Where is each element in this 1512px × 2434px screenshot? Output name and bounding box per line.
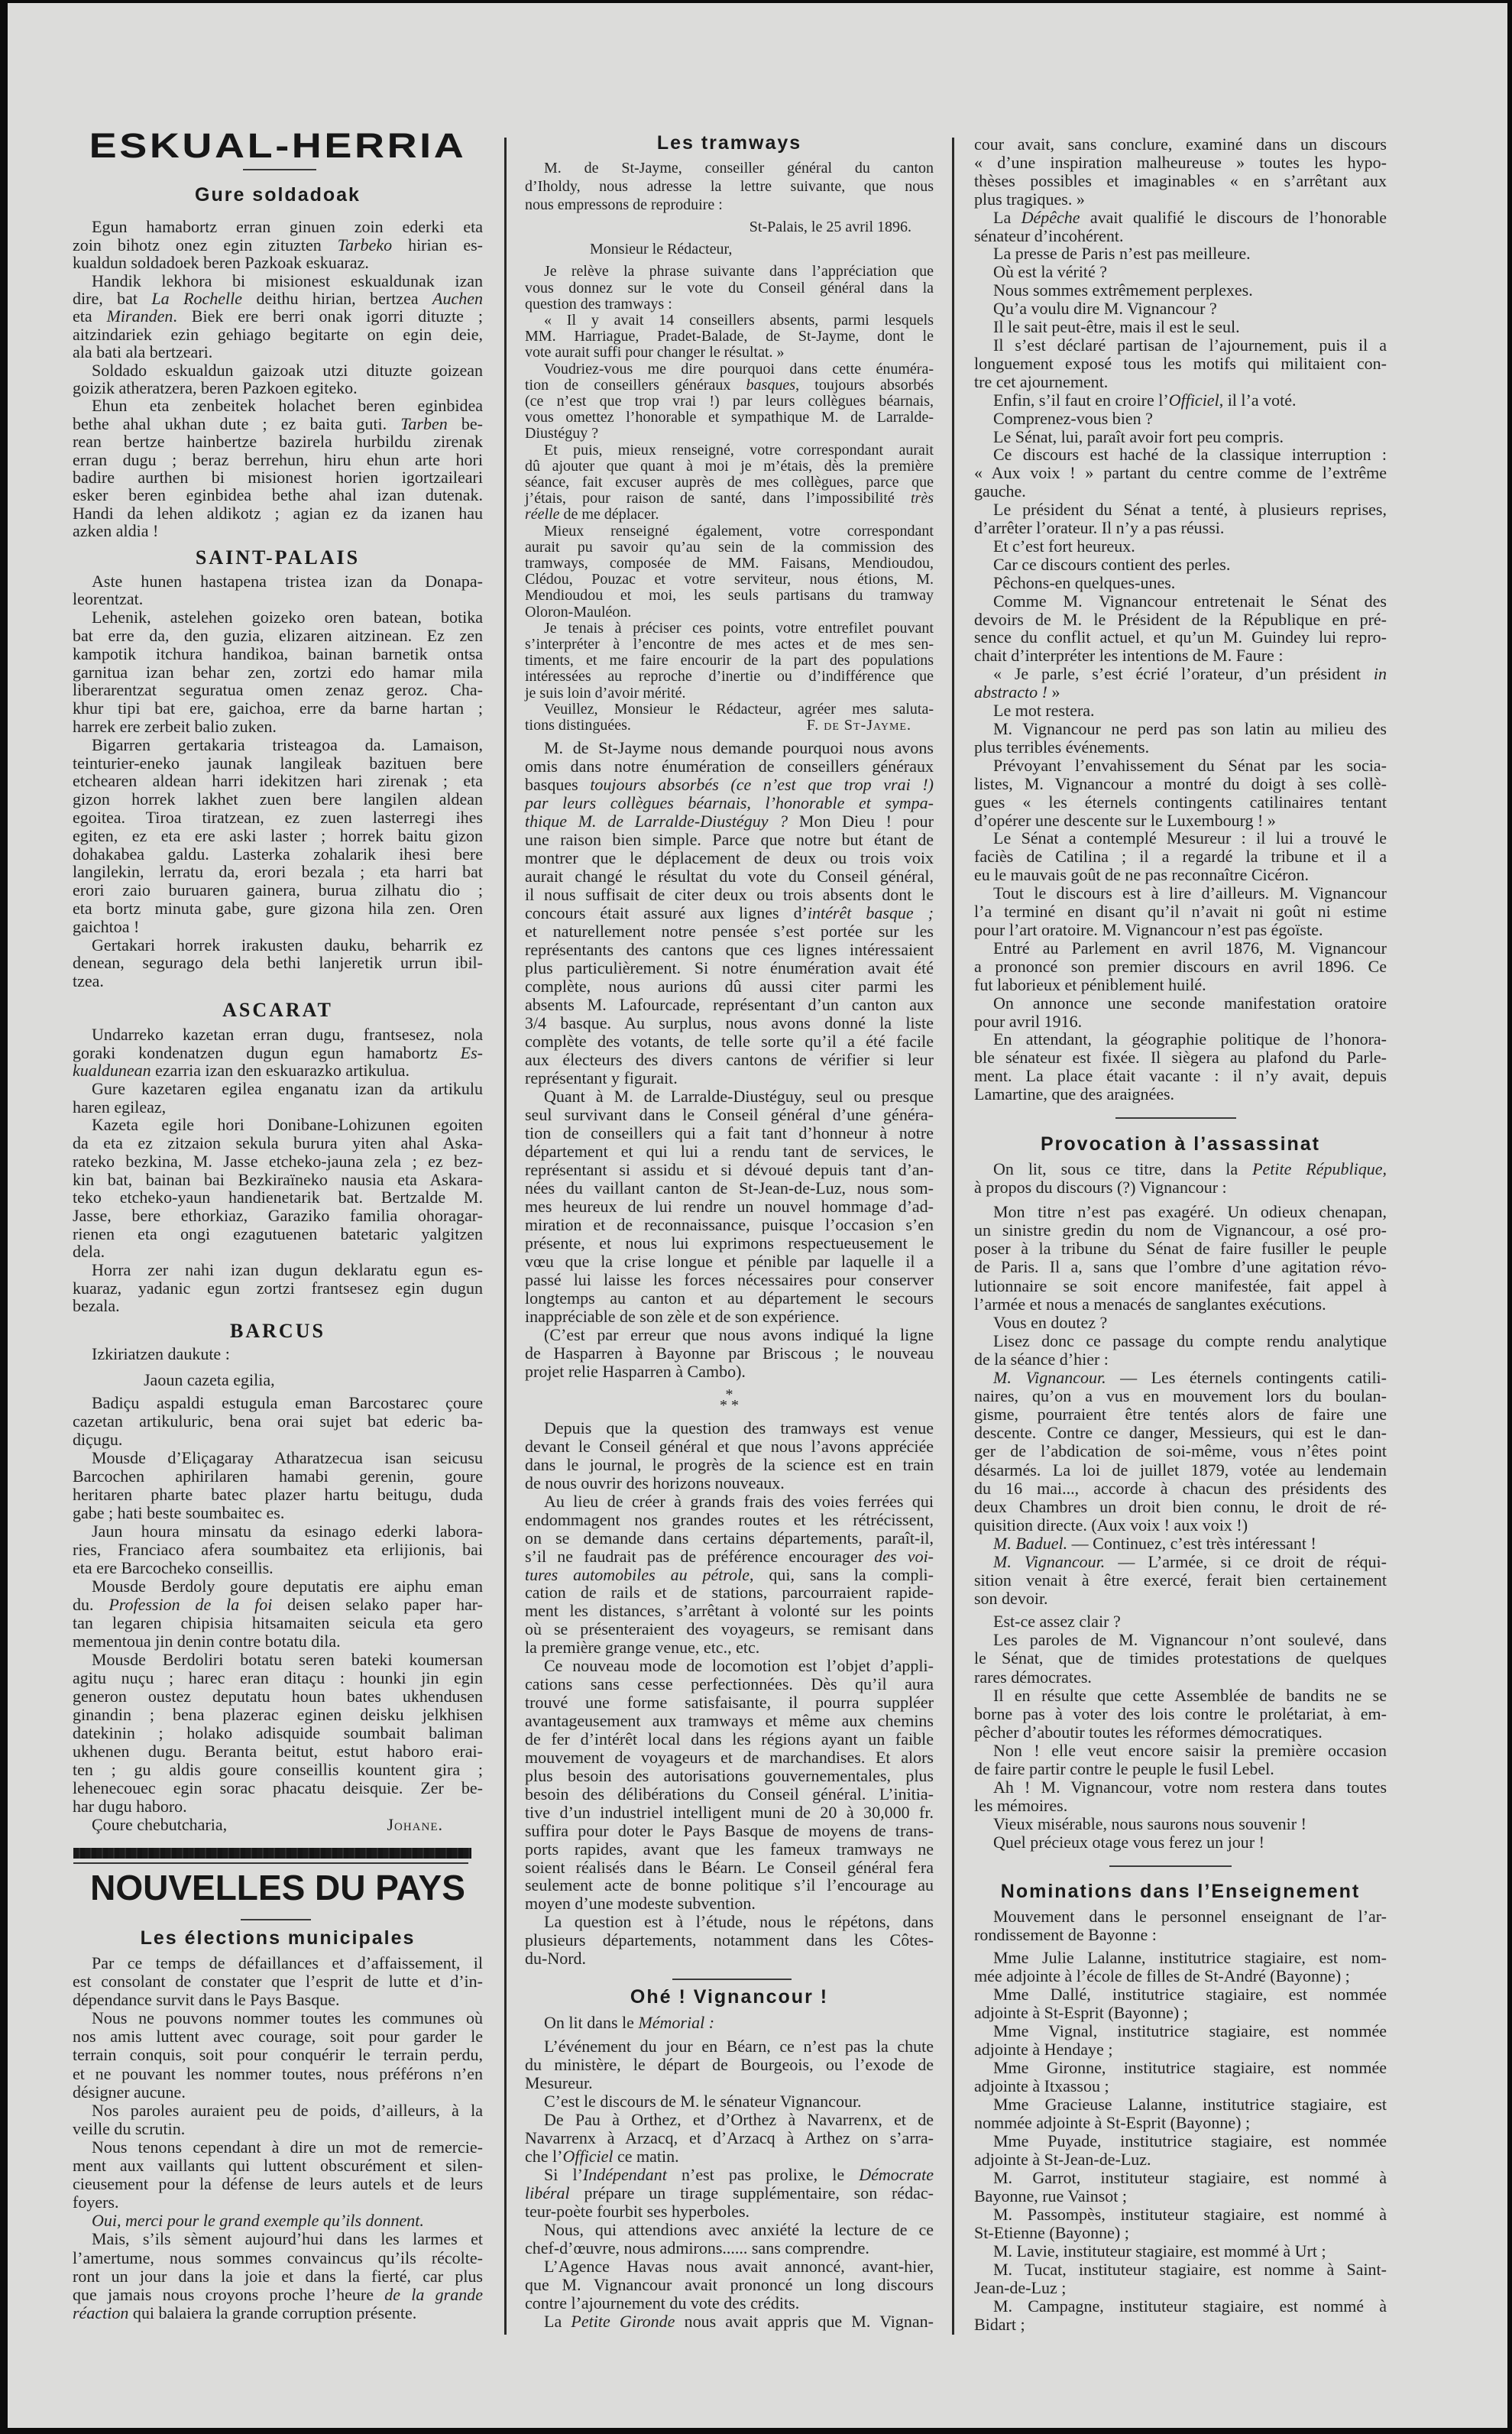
- line-text: St-Etienne (Bayonne) ;: [974, 2223, 1129, 2242]
- line-text: Je tenais à préciser ces points, votre e…: [544, 620, 934, 637]
- article-heading: BARCUS: [73, 1321, 483, 1342]
- text-line: eta bortz minuta gabe, gure gizona hila …: [73, 899, 483, 918]
- line-text: adjointe à St-Jean-de-Luz.: [974, 2150, 1151, 2169]
- line-text: aurait changé le résultat du vote du Con…: [525, 867, 934, 886]
- text-line: da eta ez zitzaion sekula burura yiten a…: [73, 1134, 483, 1152]
- line-text: Les paroles de M. Vignancour n’ont soule…: [993, 1630, 1387, 1649]
- italic-text: basques: [746, 377, 795, 394]
- text-line: Et puis, mieux renseigné, votre correspo…: [525, 442, 934, 459]
- text-line: contre l’ajournement du vote des crédits…: [525, 2294, 934, 2312]
- text-line: eta Miranden. Biek ere berri onak igorri…: [73, 307, 483, 325]
- line-text: complète des votants, de telle sorte qu’…: [525, 1032, 934, 1051]
- line-text: nommée adjointe à St-Esprit (Bayonne) ;: [974, 2113, 1250, 2132]
- line-text: erori zaio buruaren gainera, burua zilha…: [73, 880, 483, 899]
- text-line: l’a terminé en disant qu’il n’avait ni g…: [974, 903, 1387, 921]
- paragraph: Il en résulte que cette Assemblée de ban…: [974, 1687, 1387, 1742]
- article-heading: Provocation à l’assassinat: [974, 1133, 1387, 1155]
- text-line: fut laborieux et péniblement huilé.: [974, 976, 1387, 994]
- text-line: avantageusement aux tramways et même aux…: [525, 1712, 934, 1730]
- line-text: « d’une inspiration malheureuse » toutes…: [974, 153, 1387, 172]
- line-text: Tout le discours est à lire d’ailleurs. …: [993, 883, 1387, 903]
- text-line: Je relève la phrase suivante dans l’appr…: [525, 264, 934, 280]
- article-rule: [1115, 1117, 1236, 1119]
- article-intro: M. de St-Jayme, conseiller général du ca…: [525, 159, 934, 214]
- line-text: quisition directe. (Aux voix ! aux voix …: [974, 1515, 1248, 1535]
- text-line: Nous, qui attendions avec anxiété la lec…: [525, 2221, 934, 2239]
- text-line: Aste hunen hastapena tristea izan da Don…: [73, 572, 483, 591]
- line-text: langilekin, lerratu da, erori bezala ; e…: [73, 862, 483, 881]
- line-text: séance, fait excuser auprès de mes collè…: [525, 474, 934, 491]
- paragraph: Egun hamabortz erran ginuen zoin ederki …: [73, 218, 483, 271]
- text-line: département et qui lui a rendu tant de s…: [525, 1142, 934, 1161]
- line-text: Au lieu de créer à grands frais des voie…: [544, 1492, 934, 1511]
- line-text: Lamartine, que des araignées.: [974, 1084, 1174, 1104]
- paragraph: Jaun houra minsatu da esinago ederki lab…: [73, 1522, 483, 1577]
- line-text: Veuillez, Monsieur le Rédacteur, agréer …: [544, 701, 934, 718]
- line-text: Bigarren gertakaria tristeagoa da. Lamai…: [92, 735, 483, 754]
- text-line: aurait pu savoir qu’au sein de la commis…: [525, 540, 934, 556]
- text-line: gauche.: [974, 482, 1387, 501]
- text-line: eu le mauvais goût de ne pas reconnaître…: [974, 866, 1387, 884]
- text-line: timents, et me faire encourir de la part…: [525, 653, 934, 669]
- paragraph: Ehun eta zenbeitek holachet beren eginbi…: [73, 397, 483, 540]
- line-text: a prononcé son premier discours en avril…: [974, 957, 1387, 976]
- line-text: Badiçu aspaldi estugula eman Barcostarec…: [92, 1393, 483, 1412]
- line-text: montrer que le déplacement de deux ou tr…: [525, 848, 934, 867]
- text-line: thique M. de Larralde-Diustéguy ? Mon Di…: [525, 812, 934, 831]
- text-line: à propos du discours (?) Vignancour :: [974, 1178, 1387, 1197]
- text-line: Pêchons-en quelques-unes.: [974, 574, 1387, 592]
- line-text: une raison bien simple. Parce que notre …: [525, 830, 934, 849]
- paragraph: Depuis que la question des tramways est …: [525, 1419, 934, 1492]
- text-line: Est-ce assez clair ?: [974, 1612, 1387, 1631]
- paragraph: On annonce une seconde manifestation ora…: [974, 994, 1387, 1031]
- line-text: tan legaren chipisia hitsamaiten seicula…: [73, 1613, 483, 1632]
- line-text: nous empressons de reproduire :: [525, 196, 723, 213]
- line-text: gabe ; hati beste soumbaitec es.: [73, 1503, 284, 1522]
- line-text: inappréciable de son zèle et de son expé…: [525, 1307, 840, 1326]
- title-rule: [243, 169, 316, 170]
- line-text: bethe ahal ukhan dute ; ez baita guti. T…: [73, 414, 483, 433]
- text-line: s’il ne faudrait pas de préférence encou…: [525, 1548, 934, 1566]
- italic-text: Tarbeko: [338, 235, 392, 254]
- line-text: seul survivant dans le Conseil général d…: [525, 1105, 934, 1124]
- text-line: Soldado eskualdun gaizoak utzi dituzte g…: [73, 361, 483, 379]
- text-line: Mon titre n’est pas exagéré. Un odieux c…: [974, 1203, 1387, 1221]
- line-text: eta ere Barcocheko conseillis.: [73, 1558, 274, 1577]
- article-heading: Nominations dans l’Enseignement: [974, 1881, 1387, 1902]
- line-text: fut laborieux et péniblement huilé.: [974, 975, 1206, 994]
- article-heading: ASCARAT: [73, 1000, 483, 1021]
- text-line: Comprenez-vous bien ?: [974, 410, 1387, 428]
- paragraph: Est-ce assez clair ?: [974, 1612, 1387, 1631]
- line-text: libéral prépare un tirage supplémentaire…: [525, 2183, 934, 2202]
- line-text: question des tramways :: [525, 296, 672, 313]
- line-text: devoirs de M. le Président de la Républi…: [974, 610, 1387, 629]
- line-text: De Pau à Orthez, et d’Orthez à Navarrenx…: [544, 2110, 934, 2129]
- text-line: teur-poète fourbit ses hyperboles.: [525, 2202, 934, 2221]
- line-text: che l’Officiel ce matin.: [525, 2147, 679, 2166]
- text-line: veille du scrutin.: [73, 2120, 483, 2138]
- line-text: diçugu.: [73, 1430, 122, 1449]
- text-line: Où est la vérité ?: [974, 263, 1387, 281]
- text-line: egiten, ez eta ere aski laster ; horrek …: [73, 827, 483, 845]
- line-text: Il le sait peut-être, mais il est le seu…: [993, 317, 1240, 336]
- text-line: mes heureux de lui rendre un nouvel homm…: [525, 1198, 934, 1216]
- italic-text: Officiel: [562, 2147, 613, 2166]
- paragraph: Lehenik, astelehen goizeko oren batean, …: [73, 608, 483, 736]
- text-line: passé lui laisse les forces nécessaires …: [525, 1271, 934, 1289]
- line-text: de faire partir contre le peuple le fusi…: [974, 1759, 1274, 1778]
- paragraph: Le Sénat, lui, paraît avoir fort peu com…: [974, 428, 1387, 446]
- line-text: kualdunean ezarria izan den eskuarazko a…: [73, 1061, 410, 1080]
- text-line: de nous ouvrir des horizons nouveaux.: [525, 1474, 934, 1492]
- text-line: Veuillez, Monsieur le Rédacteur, agréer …: [525, 702, 934, 718]
- text-line: mouvement de voyageurs et de marchandise…: [525, 1749, 934, 1767]
- line-text: kampotik itchura handikoa, bainan barnet…: [73, 644, 483, 663]
- line-text: de Hasparren à Bayonne par Briscous ; le…: [525, 1343, 934, 1363]
- paragraph: M. Passompès, instituteur stagiaire, est…: [974, 2206, 1387, 2242]
- text-line: Mendioudou et moi, les seuls partisans d…: [525, 588, 934, 604]
- line-text: avantageusement aux tramways et même aux…: [525, 1711, 934, 1730]
- line-text: rean bertze hainbertze bazirela hurbildu…: [73, 432, 483, 451]
- asterisk: *: [718, 1400, 730, 1411]
- line-text: Handik lekhora bi misionest eskualdunak …: [92, 271, 483, 290]
- text-line: ment. La place était vacante : il n’y av…: [974, 1067, 1387, 1085]
- text-line: erran dugu ; beraz berrehun, hiru ehun a…: [73, 451, 483, 468]
- paragraph: Si l’Indépendant n’est pas prolixe, le D…: [525, 2166, 934, 2221]
- line-text: Lisez donc ce passage du compte rendu an…: [993, 1331, 1387, 1350]
- text-line: Lisez donc ce passage du compte rendu an…: [974, 1332, 1387, 1350]
- text-line: etchearen aldean harri idekitzen hari zi…: [73, 772, 483, 790]
- italic-text: thique M. de Larralde-Diustéguy ?: [525, 812, 788, 831]
- text-line: goizik atheratzera, beren Pazkoen egitek…: [73, 379, 483, 397]
- text-line: gabe ; hati beste soumbaitec es.: [73, 1504, 483, 1522]
- text-line: dela.: [73, 1243, 483, 1261]
- article-body: On lit, sous ce titre, dans la Petite Ré…: [974, 1160, 1387, 1852]
- line-text: Est-ce assez clair ?: [993, 1612, 1121, 1631]
- text-line: Nous tenons cependant à dire un mot de r…: [73, 2138, 483, 2157]
- line-text: je suis loin d’avoir mérité.: [525, 685, 686, 702]
- text-line: montrer que le déplacement de deux ou tr…: [525, 849, 934, 867]
- italic-text: Dépêche: [1021, 208, 1080, 227]
- paragraph: Mousde Berdoly goure deputatis ere aiphu…: [73, 1577, 483, 1651]
- text-line: 3/4 basque. Au surplus, nous avons donné…: [525, 1014, 934, 1032]
- line-text: sition venait à être exercé, ferait bien…: [974, 1570, 1387, 1590]
- line-text: Il s’est déclaré partisan de l’ajourneme…: [993, 335, 1387, 355]
- line-text: Nos paroles auraient peu de poids, d’ail…: [92, 2101, 483, 2120]
- paragraph: cour avait, sans conclure, examiné dans …: [974, 135, 1387, 209]
- italic-text: Démocrate: [859, 2165, 934, 2184]
- text-line: rean bertze hainbertze bazirela hurbildu…: [73, 433, 483, 450]
- text-line: ries, Franciaco afera soumbaitez eta erl…: [73, 1541, 483, 1559]
- scan-border-top: [0, 0, 1512, 3]
- paragraph: Ah ! M. Vignancour, votre nom restera da…: [974, 1778, 1387, 1815]
- line-text: eu le mauvais goût de ne pas reconnaître…: [974, 865, 1309, 884]
- line-text: L’Agence Havas nous avait annoncé, avant…: [544, 2257, 934, 2276]
- line-text: ront un jour dans la joie et dans la fie…: [73, 2267, 483, 2286]
- paragraph: Badiçu aspaldi estugula eman Barcostarec…: [73, 1394, 483, 1449]
- line-text: pêcher d’aboutir toutes les réformes dém…: [974, 1723, 1323, 1742]
- line-text: nos amis luttent avec courage, soit pour…: [73, 2027, 483, 2046]
- line-text: Ce nouveau mode de locomotion est l’obje…: [544, 1656, 934, 1675]
- line-text: har dugu haboro.: [73, 1797, 187, 1816]
- text-line: complète, nous aurions dû aussi citer pa…: [525, 977, 934, 996]
- text-line: nées du vaillant canton de St-Jean-de-Lu…: [525, 1179, 934, 1198]
- text-line: adjointe à St-Jean-de-Luz.: [974, 2150, 1387, 2169]
- text-line: Mousde d’Eliçagaray Atharatzecua isan se…: [73, 1449, 483, 1467]
- text-line: tive d’un industriel intelligent muni de…: [525, 1804, 934, 1822]
- text-line: pêcher d’aboutir toutes les réformes dém…: [974, 1723, 1387, 1742]
- paragraph: Mme Gironne, institutrice stagiaire, est…: [974, 2059, 1387, 2095]
- text-line: goraki kondenatzen dugun egun hamabortz …: [73, 1044, 483, 1062]
- text-line: plus terribles événements.: [974, 738, 1387, 757]
- italic-text: Petite République,: [1252, 1159, 1387, 1178]
- text-line: naires, qu’on a vus en mouvement lors du…: [974, 1387, 1387, 1405]
- text-line: borne pas à voter des lois contre le pro…: [974, 1705, 1387, 1723]
- line-text: da eta ez zitzaion sekula burura yiten a…: [73, 1133, 483, 1152]
- text-line: Car ce discours contient des perles.: [974, 556, 1387, 574]
- text-line: listes, M. Vignancour a montré du doigt …: [974, 775, 1387, 793]
- line-text: agitu nuçu ; harec eran ditaçu : hounki …: [73, 1668, 483, 1687]
- text-line: Mme Dallé, institutrice stagiaire, est n…: [974, 1985, 1387, 2004]
- paragraph: Mme Vignal, institutrice stagiaire, est …: [974, 2022, 1387, 2059]
- paragraph: C’est le discours de M. le sénateur Vign…: [525, 2092, 934, 2111]
- text-line: sénateur d’incohérent.: [974, 227, 1387, 245]
- text-line: « Aux voix ! » partant du centre comme d…: [974, 464, 1387, 482]
- text-line: mée adjointe à l’école de filles de St-A…: [974, 1967, 1387, 1985]
- text-line: Mouvement dans le personnel enseignant d…: [974, 1907, 1387, 1926]
- text-line: Tout le discours est à lire d’ailleurs. …: [974, 884, 1387, 903]
- paragraph: Enfin, s’il faut en croire l’Officiel, i…: [974, 391, 1387, 410]
- line-text: borne pas à voter des lois contre le pro…: [974, 1704, 1387, 1723]
- line-text: tramways, composée de MM. Faisans, Mendi…: [525, 555, 934, 572]
- line-text: eta Miranden. Biek ere berri onak igorri…: [73, 306, 483, 326]
- text-line: soient réalisés dans le Béarn. Le Consei…: [525, 1859, 934, 1877]
- text-line: seul survivant dans le Conseil général d…: [525, 1106, 934, 1124]
- line-text: il nous suffisait de citer deux ou trois…: [525, 885, 934, 904]
- text-line: teinturier-eneko jaunak langileak bazitu…: [73, 754, 483, 773]
- text-line: Jasse, bere ethorkiaz, Garaziko familia …: [73, 1207, 483, 1225]
- line-text: Aste hunen hastapena tristea izan da Don…: [92, 572, 483, 591]
- paragraph: Soldado eskualdun gaizoak utzi dituzte g…: [73, 361, 483, 397]
- paragraph: L’événement du jour en Béarn, ce n’est p…: [525, 2037, 934, 2092]
- text-line: M. Vignancour. — L’armée, si ce droit de…: [974, 1553, 1387, 1571]
- text-line: esker beren eginbidea bethe ahal izan du…: [73, 486, 483, 504]
- line-text: endommagent nos grandes routes et les ré…: [525, 1510, 934, 1529]
- line-text: moyen d’une modeste subvention.: [525, 1894, 756, 1913]
- article-body: Mouvement dans le personnel enseignant d…: [974, 1907, 1387, 2334]
- text-line: Nos paroles auraient peu de poids, d’ail…: [73, 2102, 483, 2120]
- text-line: M. Garrot, instituteur stagiaire, est no…: [974, 2169, 1387, 2187]
- text-line: Barcochen aphirilaren hamabi gerenin, go…: [73, 1467, 483, 1486]
- line-text: tures automobiles au pétrole, qui, sans …: [525, 1565, 934, 1584]
- text-line: gisme, pourraient être tentés alors de f…: [974, 1405, 1387, 1424]
- text-line: tion de conseillers généraux basques, to…: [525, 378, 934, 394]
- line-text: sénateur d’incohérent.: [974, 226, 1123, 245]
- line-text: Mousde Berdoliri botatu seren bateki kou…: [92, 1650, 483, 1669]
- line-text: gizon horrek lakhet zuen bere langilen a…: [73, 789, 483, 809]
- line-text: Mousde Berdoly goure deputatis ere aiphu…: [92, 1577, 483, 1596]
- text-line: concours était assuré aux lignes d’intér…: [525, 904, 934, 922]
- text-line: besoin des délibérations du Conseil géné…: [525, 1785, 934, 1804]
- line-text: que M. Vignancour avait prononcé un long…: [525, 2275, 934, 2294]
- article-heading: Gure soldadoak: [73, 184, 483, 206]
- line-text: MM. Harriague, Pradet-Balade, de St-Jaym…: [525, 328, 934, 345]
- text-line: question des tramways :: [525, 297, 934, 313]
- text-line: Mais, s’ils sèment aujourd’hui dans les …: [73, 2230, 483, 2248]
- signature: Johane.: [387, 1816, 443, 1834]
- text-line: Quant à M. de Larralde-Diustéguy, seul o…: [525, 1087, 934, 1106]
- line-text: un sinistre gredin du nom de Vignancour,…: [974, 1220, 1387, 1240]
- text-line: j’étais, pour raison de santé, dans l’im…: [525, 491, 934, 507]
- line-text: Mais, s’ils sèment aujourd’hui dans les …: [92, 2229, 483, 2248]
- text-line: tzea.: [73, 972, 483, 990]
- asterism-row: **: [525, 1400, 934, 1411]
- text-line: Mme Puyade, institutrice stagiaire, est …: [974, 2132, 1387, 2150]
- text-line: M. Vignancour ne perd pas son latin au m…: [974, 720, 1387, 738]
- line-text: 3/4 basque. Au surplus, nous avons donné…: [525, 1013, 934, 1032]
- line-text: Clédou, Pouzac et votre serviteur, nous …: [525, 571, 934, 588]
- line-text: Jaun houra minsatu da esinago ederki lab…: [92, 1522, 483, 1541]
- line-text: dû ajouter que quant à moi je m’étais, d…: [525, 458, 934, 475]
- text-line: absents M. Lafourcade, représentant d’un…: [525, 996, 934, 1014]
- line-text: ger de l’abdication de soi-même, vous n’…: [974, 1441, 1387, 1460]
- line-text: Mousde d’Eliçagaray Atharatzecua isan se…: [92, 1448, 483, 1467]
- paragraph: Nous, qui attendions avec anxiété la lec…: [525, 2221, 934, 2257]
- text-line: intéressées au reproche d’inertie ou d’i…: [525, 669, 934, 685]
- article-body: M. de St-Jayme nous demande pourquoi nou…: [525, 739, 934, 1381]
- text-line: teko etcheko-yaun handienetarik bat. Ber…: [73, 1188, 483, 1207]
- line-text: est consolant de constater que l’esprit …: [73, 1972, 483, 1991]
- line-text: plus particulièrement. Si notre énumérat…: [525, 958, 934, 977]
- text-line: mementoua jin denin contre botatu dila.: [73, 1632, 483, 1651]
- line-text: Jaoun cazeta egilia,: [144, 1370, 275, 1389]
- line-text: Comprenez-vous bien ?: [993, 409, 1153, 428]
- text-line: generon oustez deputatu houn bates ukhen…: [73, 1687, 483, 1706]
- text-line: désigner aucune.: [73, 2083, 483, 2102]
- paragraph: On lit, sous ce titre, dans la Petite Ré…: [974, 1160, 1387, 1197]
- line-text: kualdun soldadoek beren Pazkoak eskuaraz…: [73, 253, 369, 272]
- text-line: harrek ere zerbeit balio zuken.: [73, 718, 483, 736]
- text-line: azken aldia !: [73, 522, 483, 540]
- text-line: lutionnaire se soit encore manifestée, f…: [974, 1277, 1387, 1295]
- text-line: La question est à l’étude, nous le répét…: [525, 1913, 934, 1931]
- paragraph: Undarreko kazetan erran dugu, frantsesez…: [73, 1026, 483, 1080]
- paragraph: En attendant, la géographie politique de…: [974, 1030, 1387, 1104]
- text-line: inappréciable de son zèle et de son expé…: [525, 1308, 934, 1326]
- line-text: Izkiriatzen daukute :: [92, 1344, 230, 1363]
- line-text: Handi da lehen aldikotz ; agian ez da iz…: [73, 504, 483, 523]
- line-text: Nous, qui attendions avec anxiété la lec…: [544, 2220, 934, 2239]
- text-line: plus besoin des autorisations gouverneme…: [525, 1767, 934, 1785]
- text-line: bat erre da, den guzia, elizaren aitzine…: [73, 627, 483, 645]
- article-body: Izkiriatzen daukute :Jaoun cazeta egilia…: [73, 1345, 483, 1834]
- line-text: naires, qu’on a vus en mouvement lors du…: [974, 1386, 1387, 1405]
- text-line: St-Etienne (Bayonne) ;: [974, 2224, 1387, 2242]
- line-text: chef-d’œuvre, nous admirons...... sans c…: [525, 2238, 869, 2257]
- line-text: du. Profession de la foi deisen selako p…: [73, 1595, 483, 1614]
- text-line: datekinin ; holako adisquide soumbait ba…: [73, 1724, 483, 1742]
- text-line: longtemps au canton et au département le…: [525, 1289, 934, 1308]
- line-text: On annonce une seconde manifestation ora…: [993, 993, 1387, 1013]
- line-text: cazetan artikuluric, bena orai sujet bat…: [73, 1411, 483, 1431]
- text-line: langilekin, lerratu da, erori bezala ; e…: [73, 863, 483, 881]
- line-text: Et c’est fort heureux.: [993, 536, 1135, 556]
- article-heading: Les tramways: [525, 132, 934, 154]
- line-text: pour l’art oratoire. M. Vignancour n’est…: [974, 920, 1323, 939]
- text-line: nos amis luttent avec courage, soit pour…: [73, 2027, 483, 2046]
- text-line: badire aurthen bi misionest horien igort…: [73, 468, 483, 486]
- text-line: je suis loin d’avoir mérité.: [525, 685, 934, 702]
- line-text: M. Garrot, instituteur stagiaire, est no…: [993, 2168, 1387, 2187]
- italic-text: Petite Gironde: [571, 2312, 675, 2331]
- line-text: Mendioudou et moi, les seuls partisans d…: [525, 587, 934, 604]
- text-line: kampotik itchura handikoa, bainan barnet…: [73, 645, 483, 663]
- line-text: foyers.: [73, 2193, 118, 2212]
- line-text: (C’est par erreur que nous avons indiqué…: [544, 1325, 934, 1344]
- text-line: bezala.: [73, 1297, 483, 1315]
- text-line: que M. Vignancour avait prononcé un long…: [525, 2276, 934, 2294]
- paragraph: Nos paroles auraient peu de poids, d’ail…: [73, 2102, 483, 2138]
- line-text: Et puis, mieux renseigné, votre correspo…: [544, 442, 934, 459]
- text-line: suffira pour doter le Pays Basque de moy…: [525, 1822, 934, 1840]
- text-line: Diustéguy ?: [525, 426, 934, 442]
- text-line: Non ! elle veut encore saisir la premièr…: [974, 1742, 1387, 1760]
- text-line: cations sans cesse perfectionnées. Dès q…: [525, 1675, 934, 1693]
- paragraph: Quant à M. de Larralde-Diustéguy, seul o…: [525, 1087, 934, 1326]
- line-text: absents M. Lafourcade, représentant d’un…: [525, 995, 934, 1014]
- text-line: On annonce une seconde manifestation ora…: [974, 994, 1387, 1013]
- line-text: Bidart ;: [974, 2315, 1025, 2334]
- text-line: présente, et nous lui exprimons respectu…: [525, 1234, 934, 1253]
- paragraph: M. Baduel. — Continuez, c’est très intér…: [974, 1535, 1387, 1553]
- line-text: Prévoyant l’envahissement du Sénat par l…: [993, 756, 1387, 775]
- italic-text: libéral: [525, 2183, 570, 2202]
- line-text: d’Iholdy, nous adresse la lettre suivant…: [525, 178, 934, 195]
- line-text: thique M. de Larralde-Diustéguy ? Mon Di…: [525, 812, 934, 831]
- text-line: Le mot restera.: [974, 702, 1387, 720]
- paragraph: Handik lekhora bi misionest eskualdunak …: [73, 272, 483, 361]
- text-line: omis dans notre énumération de conseille…: [525, 757, 934, 776]
- italic-text: Mémorial :: [638, 2013, 714, 2032]
- line-text: contre l’ajournement du vote des crédits…: [525, 2293, 799, 2312]
- text-line: son devoir.: [974, 1590, 1387, 1608]
- text-line: M. Passompès, instituteur stagiaire, est…: [974, 2206, 1387, 2224]
- text-line: kualdun soldadoek beren Pazkoak eskuaraz…: [73, 254, 483, 271]
- text-line: Il s’est déclaré partisan de l’ajourneme…: [974, 336, 1387, 355]
- italic-text: Tarben: [400, 414, 448, 433]
- italic-text: Profession de la foi: [108, 1595, 272, 1614]
- line-text: bat erre da, den guzia, elizaren aitzine…: [73, 626, 483, 645]
- line-text: ble sénateur est fixée. Il siègera au pl…: [974, 1048, 1387, 1067]
- line-text: mée adjointe à l’école de filles de St-A…: [974, 1966, 1350, 1985]
- text-line: de faire partir contre le peuple le fusi…: [974, 1760, 1387, 1778]
- line-text: Mme Dallé, institutrice stagiaire, est n…: [993, 1985, 1387, 2004]
- text-line: Entré au Parlement en avril 1876, M. Vig…: [974, 939, 1387, 958]
- line-text: Entré au Parlement en avril 1876, M. Vig…: [993, 938, 1387, 958]
- text-line: Ce discours est haché de la classique in…: [974, 446, 1387, 464]
- line-text: Mme Julie Lalanne, institutrice stagiair…: [993, 1948, 1387, 1967]
- text-line: ginandin ; bena plazerac eginen deisku j…: [73, 1706, 483, 1724]
- line-text: besoin des délibérations du Conseil géné…: [525, 1784, 934, 1804]
- text-line: cazetan artikuluric, bena orai sujet bat…: [73, 1412, 483, 1431]
- line-text: Barcochen aphirilaren hamabi gerenin, go…: [73, 1467, 483, 1486]
- text-line: basques toujours absorbés (ce n’est que …: [525, 776, 934, 794]
- paragraph: Le président du Sénat a tenté, à plusieu…: [974, 501, 1387, 537]
- italic-text: Indépendant: [583, 2165, 667, 2184]
- line-text: Vous en doutez ?: [993, 1313, 1107, 1332]
